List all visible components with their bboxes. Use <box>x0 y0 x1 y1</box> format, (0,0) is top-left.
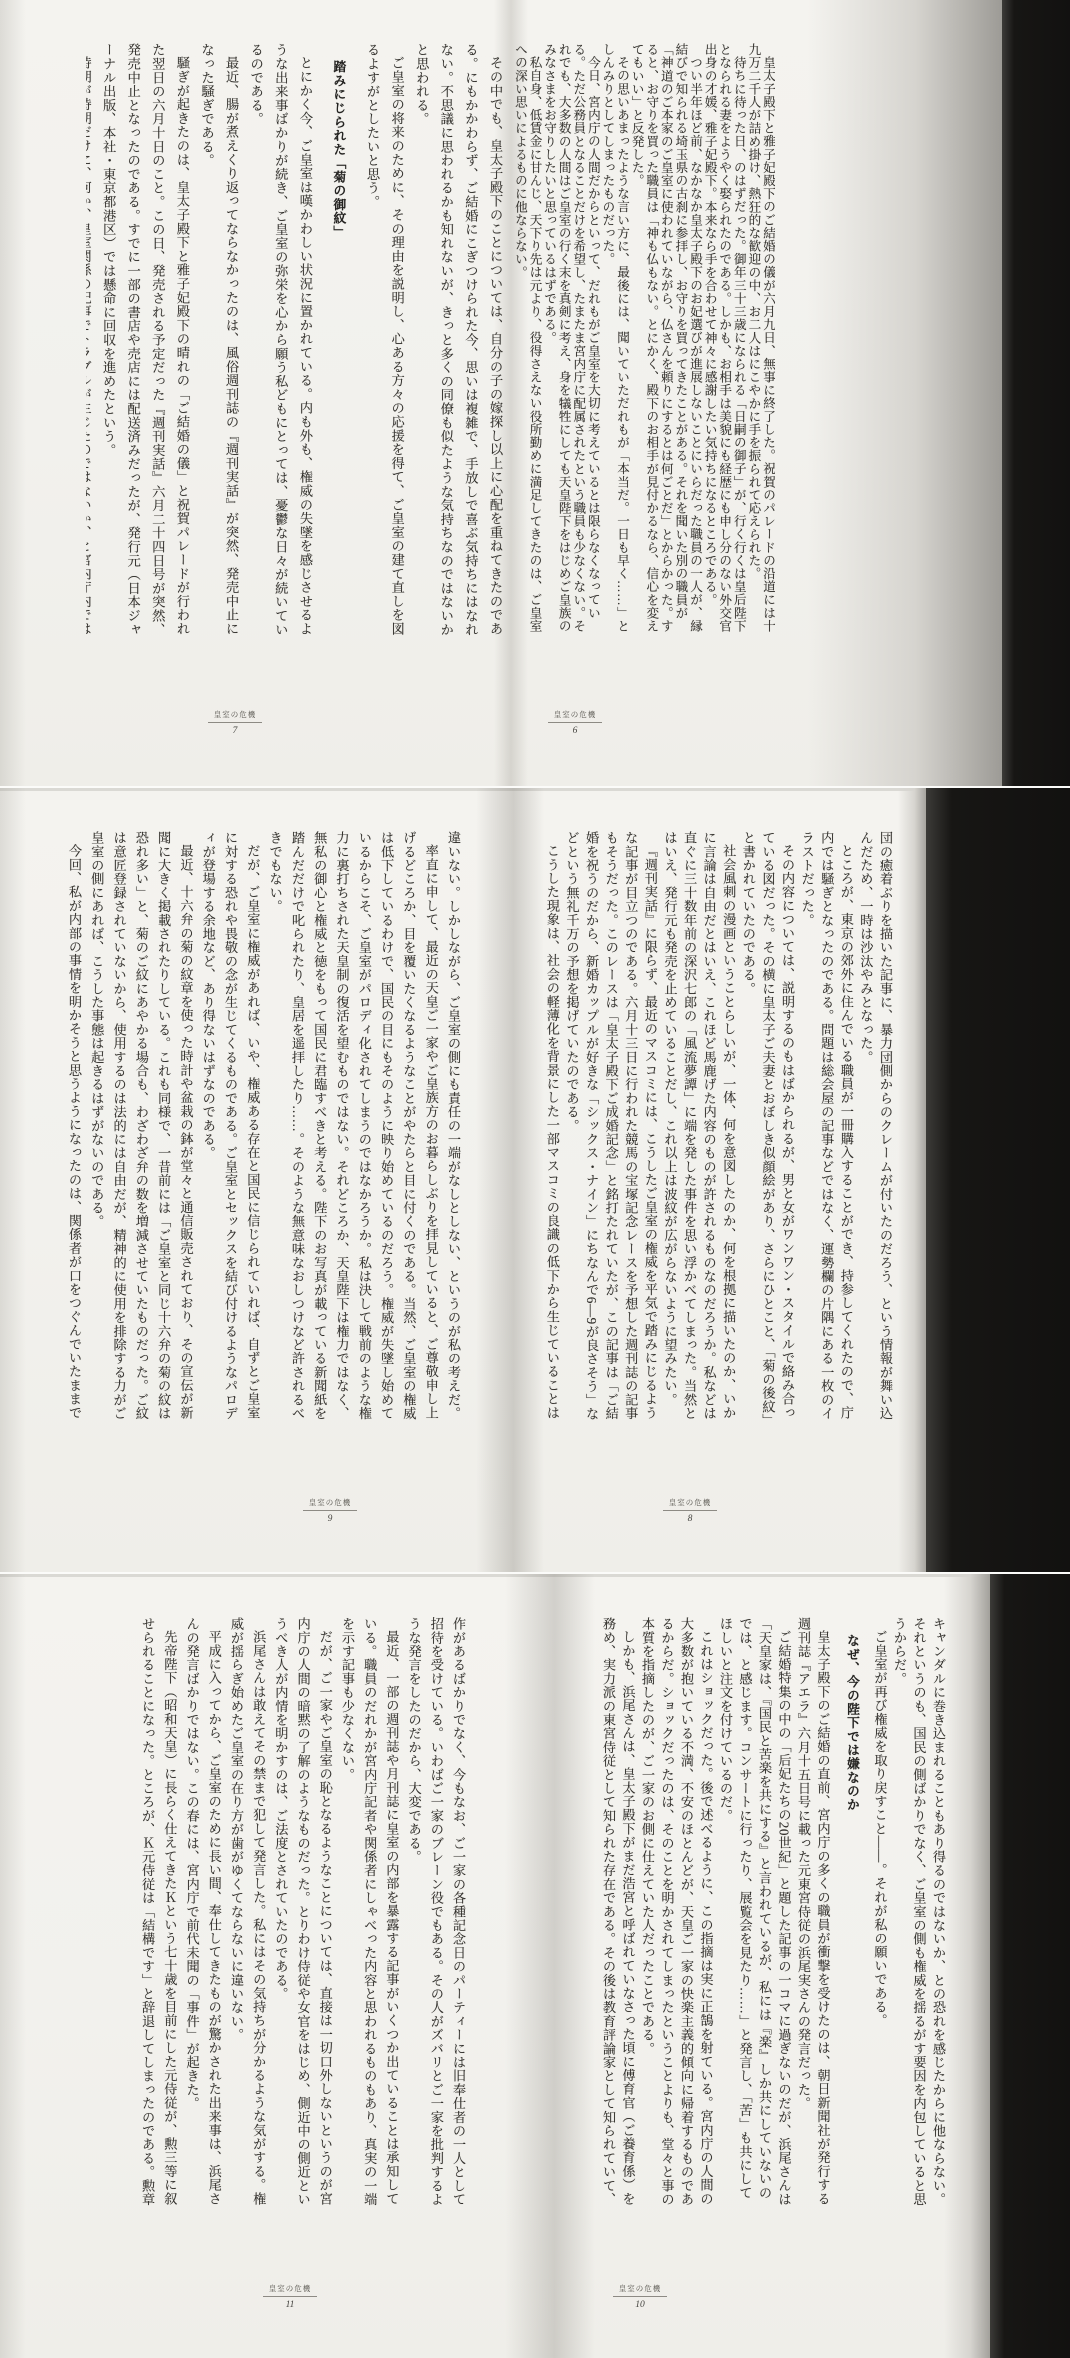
page-number: 10 <box>585 2300 695 2310</box>
paragraph: 今回、私が内部の事情を明かそうと思うようになったのは、関係者が口をつぐんでいたま… <box>60 831 85 1427</box>
paragraph: 『週刊実話』に限らず、最近のマスコミには、こうしたご皇室の権威を平気で踏みにじる… <box>562 831 660 1427</box>
paragraph: 時期が時期だけに、何か、皇室関係の記事でトラブルが生じたのではないか、と宮内庁内… <box>86 43 96 639</box>
running-title: 皇室の危機 <box>263 2283 318 2297</box>
running-title: 皇室の危機 <box>303 1497 358 1511</box>
paragraph: これはショックだった。後で述べるように、この指摘は実に正鵠を射ている。宮内庁の人… <box>638 1617 716 2213</box>
running-title: 皇室の危機 <box>548 709 603 723</box>
page-11-footer: 皇室の危機 11 <box>235 2278 345 2310</box>
paragraph: 率直に申して、最近の天皇ご一家やご皇族方のお暮らしぶりを拝見していると、ご尊敬申… <box>263 831 441 1427</box>
section-heading: 踏みにじられた「菊の御紋」 <box>326 43 351 639</box>
page-7-text: その中でも、皇太子殿下のことについては、自分の子の嫁探し以上に心配を重ねてきたの… <box>86 43 507 639</box>
paragraph: その中でも、皇太子殿下のことについては、自分の子の嫁探し以上に心配を重ねてきたの… <box>409 43 507 639</box>
paragraph: つい半年ほど前、なかなか皇太子殿下のお妃選びが進展しないことにいらだった職員の一… <box>629 43 702 639</box>
page-8-footer: 皇室の危機 8 <box>635 1492 745 1524</box>
paragraph: ところが、東京の郊外に住んでいる職員が一冊購入することができ、持参してくれたので… <box>797 831 856 1427</box>
paragraph: 社会風刺の漫画ということらしいが、一体、何を意図したのか、何を根拠に描いたのか、… <box>660 831 738 1427</box>
page-9-footer: 皇室の危機 9 <box>275 1492 385 1524</box>
page-8-text: 団の癒着ぶりを描いた記事に、暴力団側からのクレームが付いたのだろう、という情報が… <box>542 831 895 1427</box>
paragraph: しかも、浜尾さんは、皇太子殿下がまだ浩宮と呼ばれていなさった頃に傅育官（ご養育係… <box>598 1617 638 2213</box>
paragraph: 皇太子殿下と雅子妃殿下のご結婚の儀が六月九日、無事に終了した。祝賀のパレードの沿… <box>746 43 775 639</box>
scan-band-spread-6-7: 皇太子殿下と雅子妃殿下のご結婚の儀が六月九日、無事に終了した。祝賀のパレードの沿… <box>0 0 1070 786</box>
scan-background-dark-edge <box>990 1574 1070 2358</box>
book-fore-edge-fade <box>944 1574 992 2358</box>
paragraph: 今日、宮内庁の人間だからといって、だれもがご皇室を大切に考えているとは限らなくな… <box>542 43 600 639</box>
paragraph: 違いない。しかしながら、ご皇室の側にも責任の一端がなしとしない、というのが私の考… <box>442 831 464 1427</box>
book-fore-edge-fade <box>808 0 1002 786</box>
paragraph: 最近、一部の週刊誌や月刊誌に皇室の内部を暴露する記事がいくつか出ていることは承知… <box>336 1617 403 2213</box>
scan-background-dark-edge <box>1002 0 1070 786</box>
page-left-edge-shadow <box>0 788 26 1574</box>
paragraph: 平成に入ってから、ご皇室のために長い間、奉仕してきたものが驚かされた出来事は、浜… <box>180 1617 224 2213</box>
paragraph: その内容については、説明するのもはばかられるが、男と女がワンワン・スタイルで絡み… <box>738 831 797 1427</box>
page-7-footer: 皇室の危機 7 <box>180 704 290 736</box>
page-number: 7 <box>180 726 290 736</box>
paragraph: だが、ご一家やご皇室の恥となるようなことについては、直接は一切口外しないというの… <box>269 1617 336 2213</box>
page-10-text: キャンダルに巻き込まれることもあり得るのではないか、との恐れを感じたからに他なら… <box>598 1617 948 2213</box>
paragraph: その思いあまったような言い方に、最後には、聞いていただれもが「本当だ。一日も早く… <box>600 43 629 639</box>
paragraph: だが、ご皇室に権威があれば、いや、権威ある存在と国民に信じられていれば、自ずとご… <box>196 831 263 1427</box>
running-title: 皇室の危機 <box>613 2283 668 2297</box>
page-number: 9 <box>275 1514 385 1524</box>
page-gutter-shadow <box>505 1574 595 2358</box>
scan-band-spread-8-9: 団の癒着ぶりを描いた記事に、暴力団側からのクレームが付いたのだろう、という情報が… <box>0 786 1070 1574</box>
paragraph: 団の癒着ぶりを描いた記事に、暴力団側からのクレームが付いたのだろう、という情報が… <box>856 831 895 1427</box>
paragraph: ご皇室が再び権威を取り戻すこと――。それが私の願いである。 <box>870 1617 890 2213</box>
page-9-text: 違いない。しかしながら、ご皇室の側にも責任の一端がなしとしない、というのが私の考… <box>60 831 464 1427</box>
paragraph: 先帝陛下（昭和天皇）に長らく仕えてきたＫという七十歳を目前にした元侍従が、勲三等… <box>133 1617 180 2213</box>
page-left-edge-shadow <box>0 1574 26 2358</box>
page-number: 6 <box>520 726 630 736</box>
book-fore-edge-fade <box>898 788 928 1574</box>
paragraph: 待ちに待った日、のはずだった。御年三十三歳になられる「日嗣の御子」が、行く行くは… <box>702 43 746 639</box>
section-heading: なぜ、今の陛下では嫌なのか <box>842 1617 862 2213</box>
paragraph: ご皇室の将来のために、その理由を説明し、心ある方々の応援を得て、ご皇室の建て直し… <box>359 43 408 639</box>
page-number: 11 <box>235 2300 345 2310</box>
paragraph: 最近、腸が煮えくり返ってならなかったのは、風俗週刊誌の『週刊実話』が突然、発売中… <box>194 43 243 639</box>
page-gutter-shadow <box>494 0 528 786</box>
page-11-text: 作があるばかりでなく、今もなお、ご一家の各種記念日のパーティーには旧奉仕者の一人… <box>133 1617 469 2213</box>
paragraph: 最近、十六弁の菊の紋章を使った時計や盆栽の鉢が堂々と通信販売されており、その宣伝… <box>85 831 196 1427</box>
paragraph: こうした現象は、社会の軽薄化を背景にした一部マスコミの良識の低下から生じているこ… <box>542 831 562 1427</box>
page-left-edge-shadow <box>0 0 26 786</box>
paragraph: ご結婚特集の中の「后妃たちの20世紀」と題した記事の一コマに過ぎないのだが、浜尾… <box>716 1617 794 2213</box>
running-title: 皇室の危機 <box>663 1497 718 1511</box>
page-number: 8 <box>635 1514 745 1524</box>
paragraph: キャンダルに巻き込まれることもあり得るのではないか、との恐れを感じたからに他なら… <box>890 1617 949 2213</box>
paragraph: とにかく今、ご皇室は嘆かわしい状況に置かれている。内も外も、権威の失墜を感じさせ… <box>243 43 317 639</box>
book-scan-screenshot: 皇太子殿下と雅子妃殿下のご結婚の儀が六月九日、無事に終了した。祝賀のパレードの沿… <box>0 0 1070 2358</box>
paragraph: 浜尾さんは敢えてその禁まで犯して発言した。私にはその気持ちが分かるような気がする… <box>225 1617 269 2213</box>
page-6-text: 皇太子殿下と雅子妃殿下のご結婚の儀が六月九日、無事に終了した。祝賀のパレードの沿… <box>512 43 775 639</box>
scan-background-dark-edge <box>926 788 1070 1574</box>
paragraph: 皇太子殿下のご結婚の直前、宮内庁の多くの職員が衝撃を受けたのは、朝日新聞社が発行… <box>794 1617 833 2213</box>
page-10-footer: 皇室の危機 10 <box>585 2278 695 2310</box>
paragraph: 騒ぎが起きたのは、皇太子殿下と雅子妃殿下の晴れの「ご結婚の儀」と祝賀パレードが行… <box>96 43 194 639</box>
page-gutter-shadow <box>476 788 544 1574</box>
scan-band-spread-10-11: キャンダルに巻き込まれることもあり得るのではないか、との恐れを感じたからに他なら… <box>0 1572 1070 2358</box>
running-title: 皇室の危機 <box>208 709 263 723</box>
paragraph: 作があるばかりでなく、今もなお、ご一家の各種記念日のパーティーには旧奉仕者の一人… <box>402 1617 469 2213</box>
page-6-footer: 皇室の危機 6 <box>520 704 630 736</box>
